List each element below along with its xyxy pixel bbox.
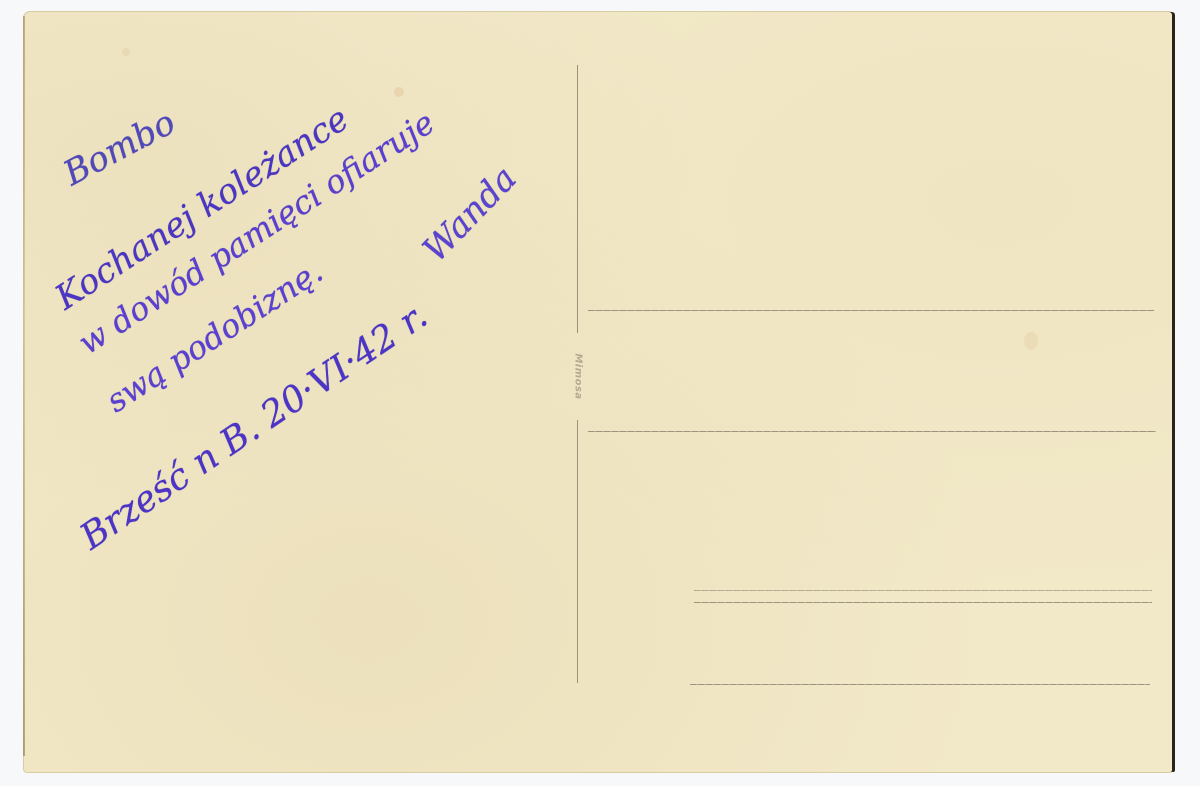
address-line-1 <box>588 310 1154 311</box>
address-line-4 <box>694 602 1152 603</box>
address-line-2 <box>588 431 1156 432</box>
center-divider-bottom <box>577 420 578 683</box>
address-line-5 <box>690 684 1150 685</box>
publisher-mark-text: Mimosa <box>573 353 584 399</box>
postcard-back: Mimosa Bombo Kochanej koleżance w dowód … <box>24 12 1172 772</box>
handwritten-signature: Wanda <box>415 159 524 270</box>
handwritten-salutation: Bombo <box>57 102 182 194</box>
age-stain <box>1024 332 1038 350</box>
center-divider-top <box>577 65 578 333</box>
age-stain <box>122 48 130 56</box>
age-stain <box>394 87 404 97</box>
address-line-3 <box>694 590 1152 591</box>
publisher-mark: Mimosa <box>564 334 592 418</box>
